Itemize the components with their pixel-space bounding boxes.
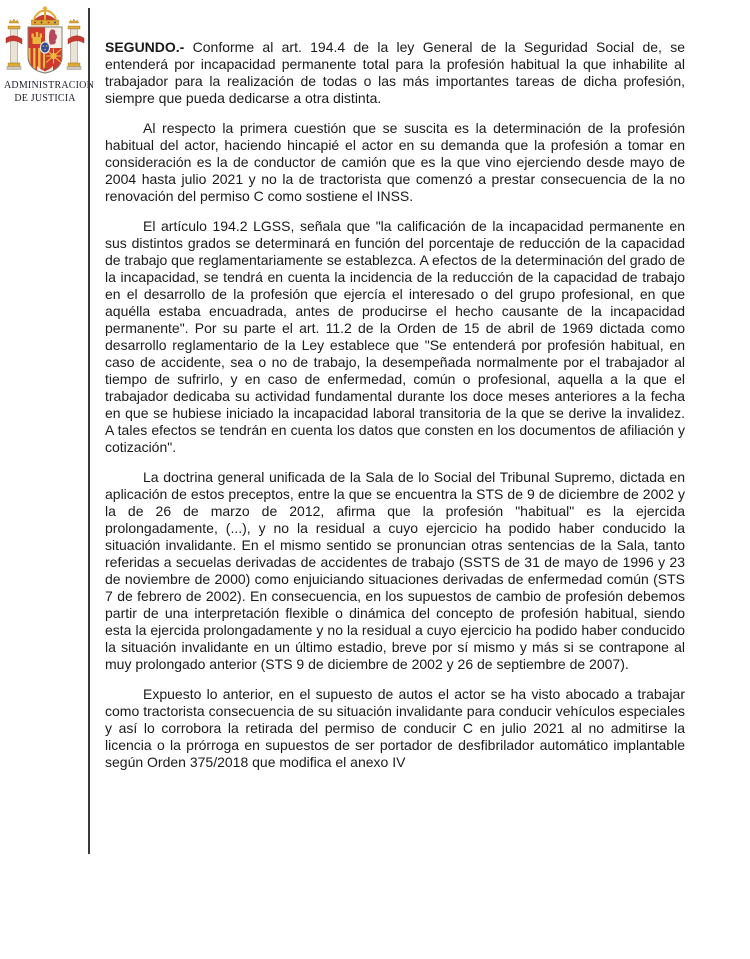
paragraph-text: El artículo 194.2 LGSS, señala que "la c… <box>105 218 685 455</box>
margin-divider-line <box>88 8 90 854</box>
org-name-line1: ADMINISTRACION <box>4 80 86 91</box>
paragraph-text: La doctrina general unificada de la Sala… <box>105 469 685 672</box>
paragraph-segundo: SEGUNDO.- Conforme al art. 194.4 de la l… <box>105 39 685 107</box>
paragraph: Al respecto la primera cuestión que se s… <box>105 120 685 205</box>
paragraph-text: Expuesto lo anterior, en el supuesto de … <box>105 686 685 770</box>
document-body: SEGUNDO.- Conforme al art. 194.4 de la l… <box>105 39 685 784</box>
justice-administration-brand: ADMINISTRACION DE JUSTICIA <box>4 6 86 104</box>
paragraph: El artículo 194.2 LGSS, señala que "la c… <box>105 218 685 456</box>
org-name-line2: DE JUSTICIA <box>4 93 86 104</box>
paragraph-text: Al respecto la primera cuestión que se s… <box>105 120 685 204</box>
paragraph: La doctrina general unificada de la Sala… <box>105 469 685 673</box>
document-page: ADMINISTRACION DE JUSTICIA SEGUNDO.- Con… <box>0 0 750 959</box>
paragraph-text: Conforme al art. 194.4 de la ley General… <box>105 39 685 106</box>
paragraph: Expuesto lo anterior, en el supuesto de … <box>105 686 685 771</box>
spain-coat-of-arms-icon <box>4 6 86 78</box>
section-heading: SEGUNDO.- <box>105 39 184 55</box>
